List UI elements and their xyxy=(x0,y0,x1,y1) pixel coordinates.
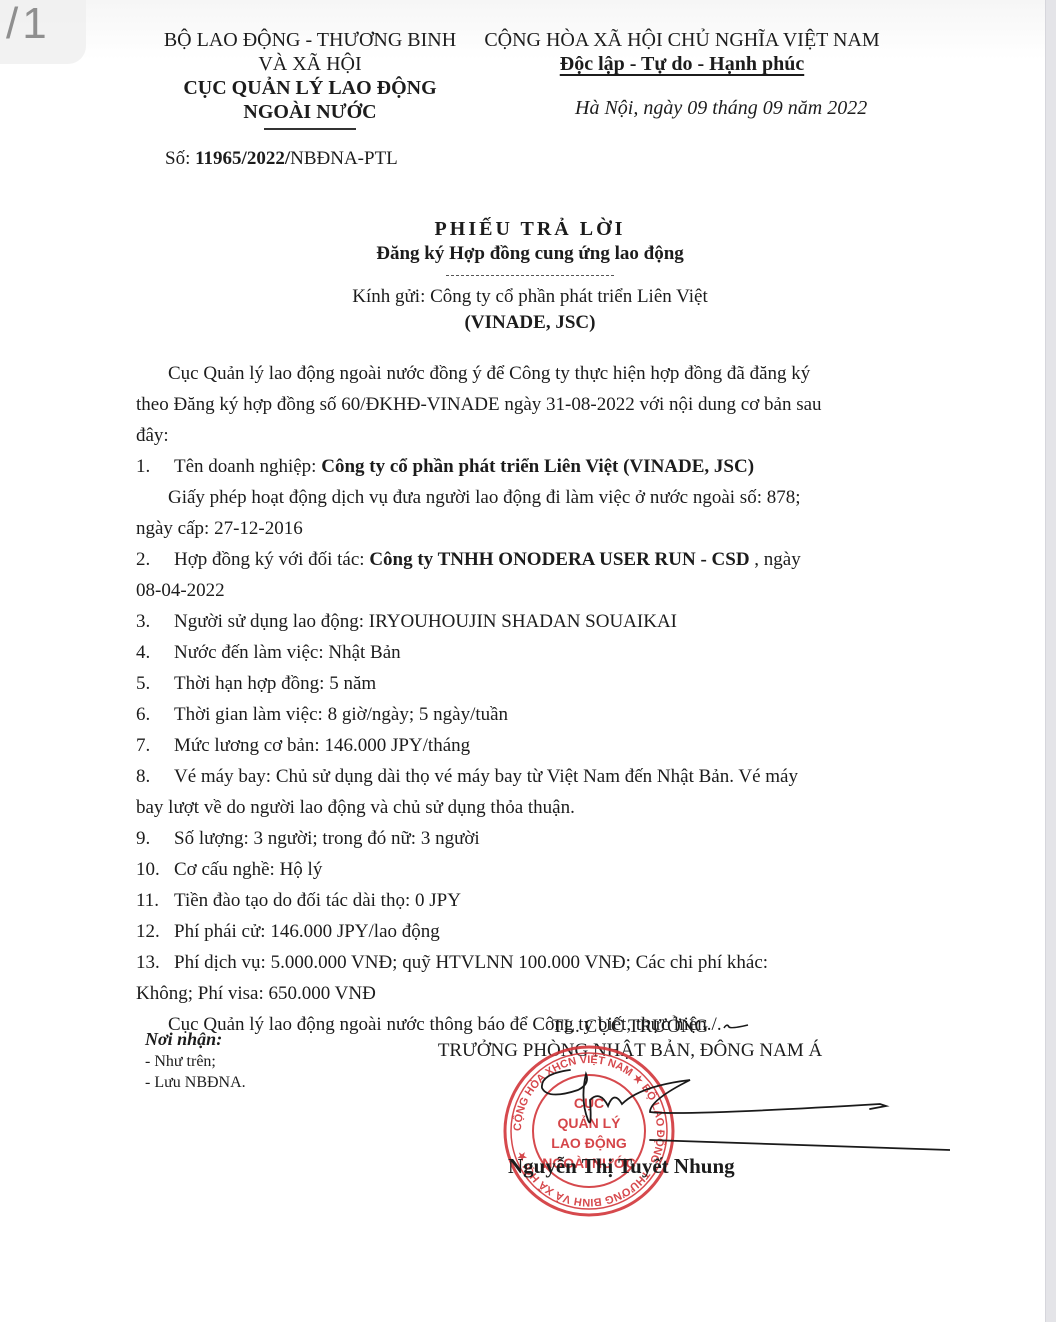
list-item: 10. Cơ cấu nghề: Hộ lý xyxy=(136,854,876,885)
intro-line-2: theo Đăng ký hợp đồng số 60/ĐKHĐ-VINADE … xyxy=(136,389,876,420)
list-item: 1. Tên doanh nghiệp: Công ty cổ phần phá… xyxy=(136,451,876,482)
intro-line-3: đây: xyxy=(136,420,876,451)
page-indicator: /1 xyxy=(0,0,86,64)
recipients-heading: Nơi nhận: xyxy=(145,1027,246,1051)
country-name: CỘNG HÒA XÃ HỘI CHỦ NGHĨA VIỆT NAM xyxy=(476,28,888,52)
list-item: 7. Mức lương cơ bản: 146.000 JPY/tháng xyxy=(136,730,876,761)
document-title: PHIẾU TRẢ LỜI xyxy=(280,217,780,241)
department-line-1: CỤC QUẢN LÝ LAO ĐỘNG xyxy=(130,76,490,100)
list-item: 9. Số lượng: 3 người; trong đó nữ: 3 ngư… xyxy=(136,823,876,854)
scrollbar[interactable] xyxy=(1045,0,1056,1322)
list-item: 5. Thời hạn hợp đồng: 5 năm xyxy=(136,668,876,699)
on-behalf-title: TL. CỤC TRƯỞNG xyxy=(420,1015,840,1039)
list-item: 6. Thời gian làm việc: 8 giờ/ngày; 5 ngà… xyxy=(136,699,876,730)
signer-name: Nguyễn Thị Tuyết Nhung xyxy=(508,1154,735,1179)
intro-line-1: Cục Quản lý lao động ngoài nước đồng ý đ… xyxy=(136,358,876,389)
national-header: CỘNG HÒA XÃ HỘI CHỦ NGHĨA VIỆT NAM Độc l… xyxy=(476,28,888,76)
list-item: 2. Hợp đồng ký với đối tác: Công ty TNHH… xyxy=(136,544,876,575)
recipient-line-2: (VINADE, JSC) xyxy=(280,310,780,336)
contract-date: 08-04-2022 xyxy=(136,575,876,606)
number-suffix: NBĐNA-PTL xyxy=(290,148,398,169)
ministry-line-1: BỘ LAO ĐỘNG - THƯƠNG BINH xyxy=(130,28,490,52)
license-issue-date: ngày cấp: 27-12-2016 xyxy=(136,513,876,544)
department-line-2: NGOÀI NƯỚC xyxy=(130,100,490,124)
recipient-item: - Lưu NBĐNA. xyxy=(145,1072,246,1093)
document-number: Số: 11965/2022/NBĐNA-PTL xyxy=(165,148,398,170)
list-item: 8. Vé máy bay: Chủ sử dụng dài thọ vé má… xyxy=(136,761,876,792)
document-body: Cục Quản lý lao động ngoài nước đồng ý đ… xyxy=(136,358,876,1040)
title-block: PHIẾU TRẢ LỜI Đăng ký Hợp đồng cung ứng … xyxy=(280,217,780,336)
issuing-authority-header: BỘ LAO ĐỘNG - THƯƠNG BINH VÀ XÃ HỘI CỤC … xyxy=(130,28,490,130)
list-item: 11. Tiền đào tạo do đối tác dài thọ: 0 J… xyxy=(136,885,876,916)
recipient-item: - Như trên; xyxy=(145,1051,246,1072)
header-divider xyxy=(264,128,356,130)
number-value: 11965/2022/ xyxy=(195,148,290,169)
list-item: 13. Phí dịch vụ: 5.000.000 VNĐ; quỹ HTVL… xyxy=(136,947,876,978)
list-item: 12. Phí phái cử: 146.000 JPY/lao động xyxy=(136,916,876,947)
license-line: Giấy phép hoạt động dịch vụ đưa người la… xyxy=(136,482,876,513)
document-subtitle: Đăng ký Hợp đồng cung ứng lao động xyxy=(280,241,780,267)
recipients-block: Nơi nhận: - Như trên; - Lưu NBĐNA. xyxy=(145,1027,246,1093)
list-item: 4. Nước đến làm việc: Nhật Bản xyxy=(136,637,876,668)
airfare-continued: bay lượt về do người lao động và chủ sử … xyxy=(136,792,876,823)
list-item: 3. Người sử dụng lao động: IRYOUHOUJIN S… xyxy=(136,606,876,637)
national-motto: Độc lập - Tự do - Hạnh phúc xyxy=(476,52,888,76)
place-date: Hà Nội, ngày 09 tháng 09 năm 2022 xyxy=(575,97,867,120)
recipient-line-1: Kính gửi: Công ty cổ phần phát triển Liê… xyxy=(280,284,780,310)
number-label: Số: xyxy=(165,148,195,169)
ministry-line-2: VÀ XÃ HỘI xyxy=(130,52,490,76)
title-divider xyxy=(446,275,614,276)
fees-continued: Không; Phí visa: 650.000 VNĐ xyxy=(136,978,876,1009)
document-page: BỘ LAO ĐỘNG - THƯƠNG BINH VÀ XÃ HỘI CỤC … xyxy=(0,0,1046,1322)
